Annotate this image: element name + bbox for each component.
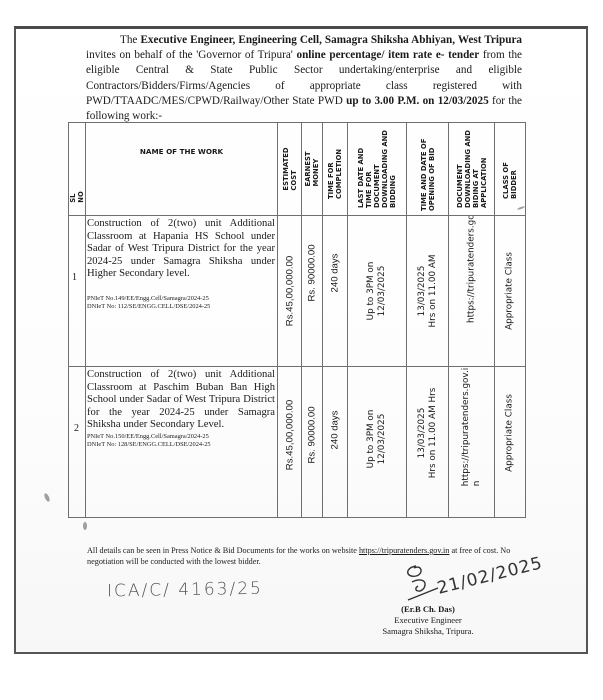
header-sl-no: SL NO [69,123,86,216]
header-estimated-cost: ESTIMATED COST [278,123,302,216]
footer-note: All details can be seen in Press Notice … [87,545,537,567]
cell-estimated-cost: Rs.45,00,000.00 [278,367,302,518]
cell-earnest-money: Rs. 90000.00 [302,367,323,518]
cell-application-link[interactable]: https://tripuratenders.gov.in [449,367,495,518]
cell-completion: 240 days [323,367,348,518]
signer-org: Samagra Shiksha, Tripura. [363,626,493,637]
tender-type: online percentage/ item rate e- tender [296,49,479,61]
cell-completion: 240 days [323,216,348,367]
header-application: DOCUMENT DOWNLOADING AND BIDING AT APPLI… [449,123,495,216]
header-name: NAME OF THE WORK [86,123,278,216]
tender-intro: The Executive Engineer, Engineering Cell… [86,33,522,124]
signer-title: Executive Engineer [363,615,493,626]
cell-application-link[interactable]: https://tripuratenders.gov.in [449,216,495,367]
dniet-ref: DNIeT No: 128/SE/ENGG.CELL/DSE/2024-25 [87,441,275,449]
cell-sl: 2 [69,367,86,518]
intro-invites: invites on behalf of the 'Governor of Tr… [86,49,296,61]
cell-last-date: Up to 3PM on12/03/2025 [348,216,407,367]
cell-estimated-cost: Rs.45,00,000.00 [278,216,302,367]
cell-earnest-money: Rs. 90000.00 [302,216,323,367]
signer-name: (Er.B Ch. Das) [401,604,455,614]
cell-opening: 13/03/2025Hrs on 11.00 AM [407,216,449,367]
intro-lead: The [120,34,140,46]
cell-sl: 1 [69,216,86,367]
handwritten-reference: ICA/C/ 4163/25 [107,579,263,602]
cell-work-name: Construction of 2(two) unit Additional C… [86,367,278,518]
pniet-ref: PNIeT No.150/EE/Engg.Cell/Samagra/2024-2… [87,433,275,441]
dniet-ref: DNIeT No: 112/SE/ENGG.CELL/DSE/2024-25 [87,303,275,311]
header-opening: TIME AND DATE OF OPENING OF BID [407,123,449,216]
header-last-date: LAST DATE AND TIME FOR DOCUMENT DOWNLOAD… [348,123,407,216]
cell-last-date: Up to 3PM on12/03/2025 [348,367,407,518]
cell-class: Appropriate Class [495,216,526,367]
issuer: Executive Engineer, Engineering Cell, Sa… [140,34,522,46]
pniet-ref: PNIeT No.149/EE/Engg.Cell/Samagra/2024-2… [87,295,275,303]
works-table: SL NO NAME OF THE WORK ESTIMATED COST EA… [68,122,526,518]
cell-opening: 13/03/2025Hrs on 11.00 AM Hrs [407,367,449,518]
deadline: up to 3.00 P.M. on 12/03/2025 [346,95,489,107]
cell-class: Appropriate Class [495,367,526,518]
header-earnest-money: EARNEST MONEY [302,123,323,216]
cell-work-name: Construction of 2(two) unit Additional C… [86,216,278,367]
tender-website-link[interactable]: https://tripuratenders.gov.in [359,546,449,555]
ink-smudge [83,522,87,530]
table-row: 2 Construction of 2(two) unit Additional… [69,367,526,518]
table-header-row: SL NO NAME OF THE WORK ESTIMATED COST EA… [69,123,526,216]
signatory-block: (Er.B Ch. Das) Executive Engineer Samagr… [363,604,493,637]
header-completion: TIME FOR COMPLETION [323,123,348,216]
header-class: CLASS OF BIDDER [495,123,526,216]
table-row: 1 Construction of 2(two) unit Additional… [69,216,526,367]
